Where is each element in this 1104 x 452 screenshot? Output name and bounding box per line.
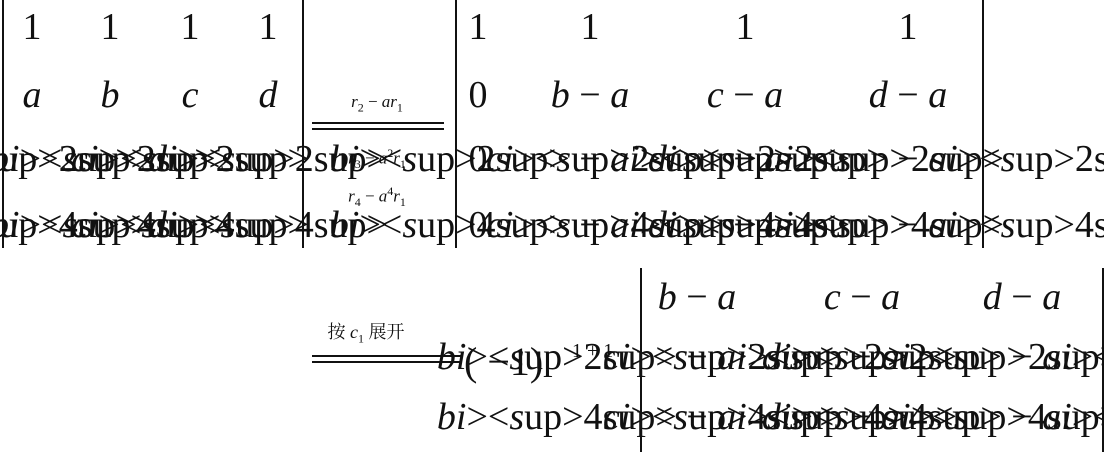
matrix-cell: d − a [869,76,947,114]
matrix-cell: 1 [899,8,918,46]
matrix-cell: d − a [983,278,1061,316]
matrix-cell: 1 [469,8,488,46]
matrix-cell: di><sup>4sup> − ai><sup>4sup> [648,206,1104,244]
matrix-cell: b − a [551,76,629,114]
matrix-cell: 1 [101,8,120,46]
matrix-cell: 1 [259,8,278,46]
matrix-cell: 1 [23,8,42,46]
equals-double-line [312,122,444,130]
matrix-cell: d [259,76,278,114]
matrix-cell: b − a [658,278,736,316]
matrix-cell: 1 [736,8,755,46]
matrix-cell: di><sup>4sup> − ai><sup>4sup> [762,398,1104,436]
matrix-cell: c − a [824,278,900,316]
matrix-cell: b [101,76,120,114]
matrix-cell: c − a [707,76,783,114]
matrix-cell: di><sup>2sup> − ai><sup>2sup> [762,338,1104,376]
matrix-cell: 1 [181,8,200,46]
matrix-cell: 1 [581,8,600,46]
operation-r2: r2 − ar1 [351,92,403,115]
matrix-cell: c [182,76,199,114]
expansion-label: 按 c1 展开 [328,318,405,347]
matrix-cell: a [23,76,42,114]
matrix-cell: 0 [469,76,488,114]
matrix-cell: di><sup>2sup> − ai><sup>2sup> [648,140,1104,178]
